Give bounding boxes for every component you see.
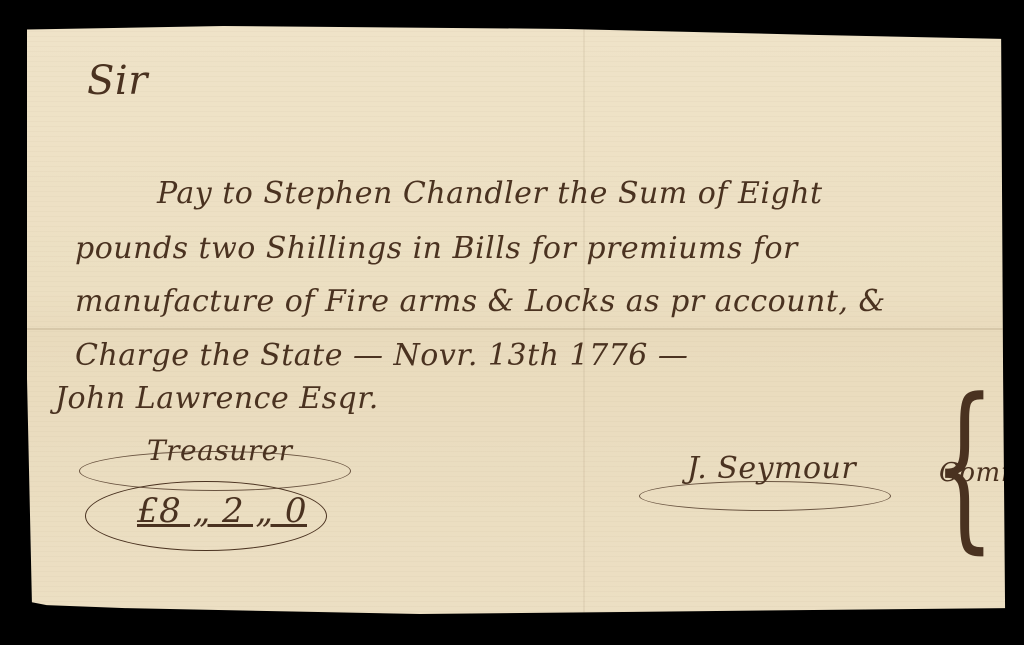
vertical-fold-line — [583, 26, 585, 614]
amount-value: £8 „ 2 „ 0 — [137, 491, 307, 531]
salutation: Sir — [87, 58, 148, 104]
document-paper: Sir Pay to Stephen Chandler the Sum of E… — [27, 26, 1009, 614]
signature-role: Committee — [939, 458, 1024, 488]
body-line-1: Pay to Stephen Chandler the Sum of Eight — [157, 176, 823, 211]
body-line-2: pounds two Shillings in Bills for premiu… — [75, 231, 798, 266]
body-line-4: Charge the State — Novr. 13th 1776 — — [75, 338, 688, 373]
addressee-name: John Lawrence Esqr. — [55, 381, 379, 416]
horizontal-fold-line — [27, 328, 1009, 330]
signature-flourish — [639, 481, 891, 511]
body-line-3: manufacture of Fire arms & Locks as pr a… — [75, 284, 886, 319]
pencil-page-number: 20 — [982, 606, 1001, 624]
